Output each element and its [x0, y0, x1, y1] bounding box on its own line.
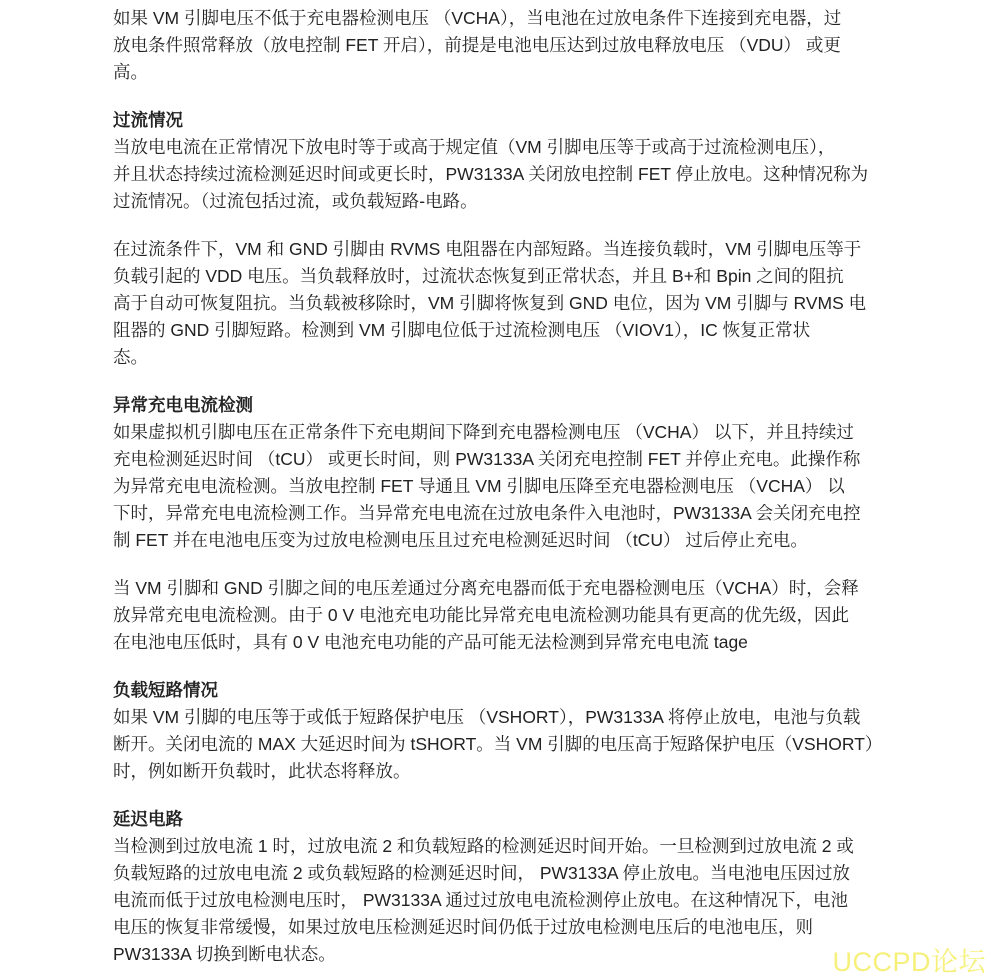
paragraph: 当放电电流在正常情况下放电时等于或高于规定值（VM 引脚电压等于或高于过流检测电…: [113, 134, 903, 215]
document-body: 如果 VM 引脚电压不低于充电器检测电压 （VCHA），当电池在过放电条件下连接…: [113, 5, 903, 968]
paragraph: 在过流条件下，VM 和 GND 引脚由 RVMS 电阻器在内部短路。当连接负载时…: [113, 236, 903, 371]
paragraph: 如果 VM 引脚的电压等于或低于短路保护电压 （VSHORT），PW3133A …: [113, 704, 903, 785]
watermark: UCCPD论坛: [832, 947, 986, 977]
paragraph: 如果 VM 引脚电压不低于充电器检测电压 （VCHA），当电池在过放电条件下连接…: [113, 5, 903, 86]
section-heading: 过流情况: [113, 107, 903, 134]
section-heading: 延迟电路: [113, 806, 903, 833]
section: 如果 VM 引脚电压不低于充电器检测电压 （VCHA），当电池在过放电条件下连接…: [113, 5, 903, 86]
section-heading: 负载短路情况: [113, 677, 903, 704]
section: 负载短路情况如果 VM 引脚的电压等于或低于短路保护电压 （VSHORT），PW…: [113, 677, 903, 785]
section: 延迟电路当检测到过放电流 1 时，过放电流 2 和负载短路的检测延迟时间开始。一…: [113, 806, 903, 968]
section-heading: 异常充电电流检测: [113, 392, 903, 419]
paragraph: 当 VM 引脚和 GND 引脚之间的电压差通过分离充电器而低于充电器检测电压（V…: [113, 575, 903, 656]
page: { "colors": { "background": "#ffffff", "…: [0, 0, 991, 978]
paragraph: 当检测到过放电流 1 时，过放电流 2 和负载短路的检测延迟时间开始。一旦检测到…: [113, 833, 903, 968]
paragraph: 如果虚拟机引脚电压在正常条件下充电期间下降到充电器检测电压 （VCHA） 以下，…: [113, 419, 903, 554]
section: 过流情况当放电电流在正常情况下放电时等于或高于规定值（VM 引脚电压等于或高于过…: [113, 107, 903, 371]
section: 异常充电电流检测如果虚拟机引脚电压在正常条件下充电期间下降到充电器检测电压 （V…: [113, 392, 903, 656]
